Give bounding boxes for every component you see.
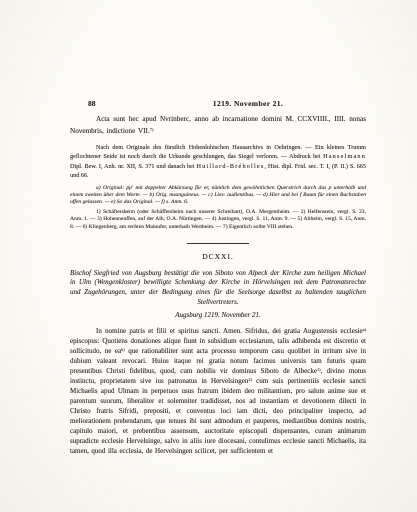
source-note-text-1: Nach dem Originale des fürstlich Hohenlo… [70, 144, 366, 160]
page-number: 88 [88, 99, 96, 108]
scanned-book-page: 88 1219. November 21. Acta sunt hec apud… [0, 0, 417, 512]
editor-name-huillard-breholles: Huillard-Bréholles [196, 163, 264, 170]
text-block: 88 1219. November 21. Acta sunt hec apud… [70, 99, 366, 456]
number-footnotes: 1) Schäftersheim (oder Schäffersheim nac… [70, 209, 366, 231]
editor-name-hanselmann: Hanselmann [323, 153, 366, 160]
charter-dateline: Augsburg 1219. November 21. [70, 311, 366, 319]
running-title: 1219. November 21. [213, 99, 283, 108]
charter-number-heading: DCXXI. [70, 252, 366, 261]
charter-regest: Bischof Siegfried von Augsburg bestätigt… [70, 269, 366, 307]
previous-charter-closing: Acta sunt hec apud Nvrinberc, anno ab in… [70, 114, 366, 137]
letter-footnotes: a) Original: pp' mit doppelter Abkürzung… [70, 185, 366, 207]
section-divider-rule [187, 243, 249, 244]
source-note-text-2: Dipl. Bew. I, Anh. nr. XII, S. 371 und d… [70, 163, 196, 170]
charter-latin-body: In nomine patris et filii et spiritus sa… [70, 326, 366, 456]
page-header: 88 1219. November 21. [70, 99, 366, 111]
source-note: Nach dem Originale des fürstlich Hohenlo… [70, 143, 366, 181]
